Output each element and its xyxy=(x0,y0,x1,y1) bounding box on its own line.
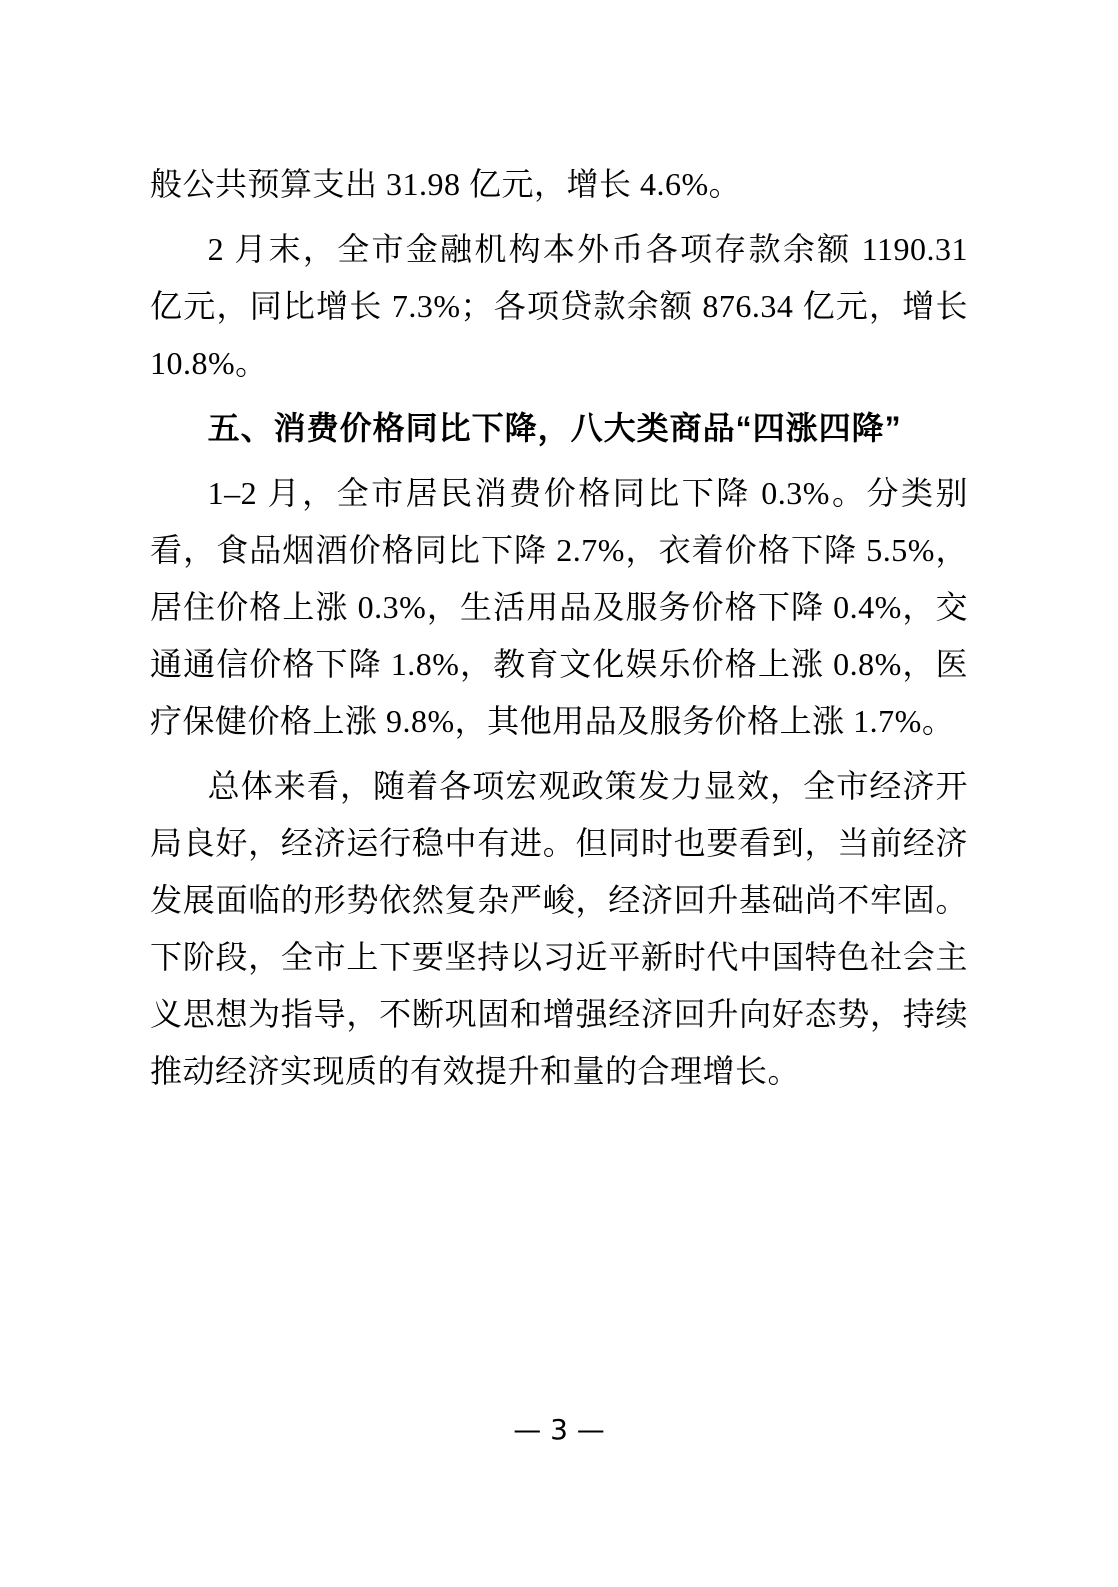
paragraph-cpi-breakdown: 1–2 月，全市居民消费价格同比下降 0.3%。分类别看，食品烟酒价格同比下降 … xyxy=(150,465,968,750)
section-heading-5: 五、消费价格同比下降，八大类商品“四涨四降” xyxy=(150,400,968,457)
paragraph-finance-deposits: 2 月末，全市金融机构本外币各项存款余额 1190.31 亿元，同比增长 7.3… xyxy=(150,221,968,392)
page-number: — 3 — xyxy=(0,1410,1118,1450)
document-page: 般公共预算支出 31.98 亿元，增长 4.6%。 2 月末，全市金融机构本外币… xyxy=(0,0,1118,1587)
paragraph-economic-outlook: 总体来看，随着各项宏观政策发力显效，全市经济开局良好，经济运行稳中有进。但同时也… xyxy=(150,758,968,1100)
document-body: 般公共预算支出 31.98 亿元，增长 4.6%。 2 月末，全市金融机构本外币… xyxy=(150,156,968,1108)
paragraph-budget-expenditure: 般公共预算支出 31.98 亿元，增长 4.6%。 xyxy=(150,156,968,213)
